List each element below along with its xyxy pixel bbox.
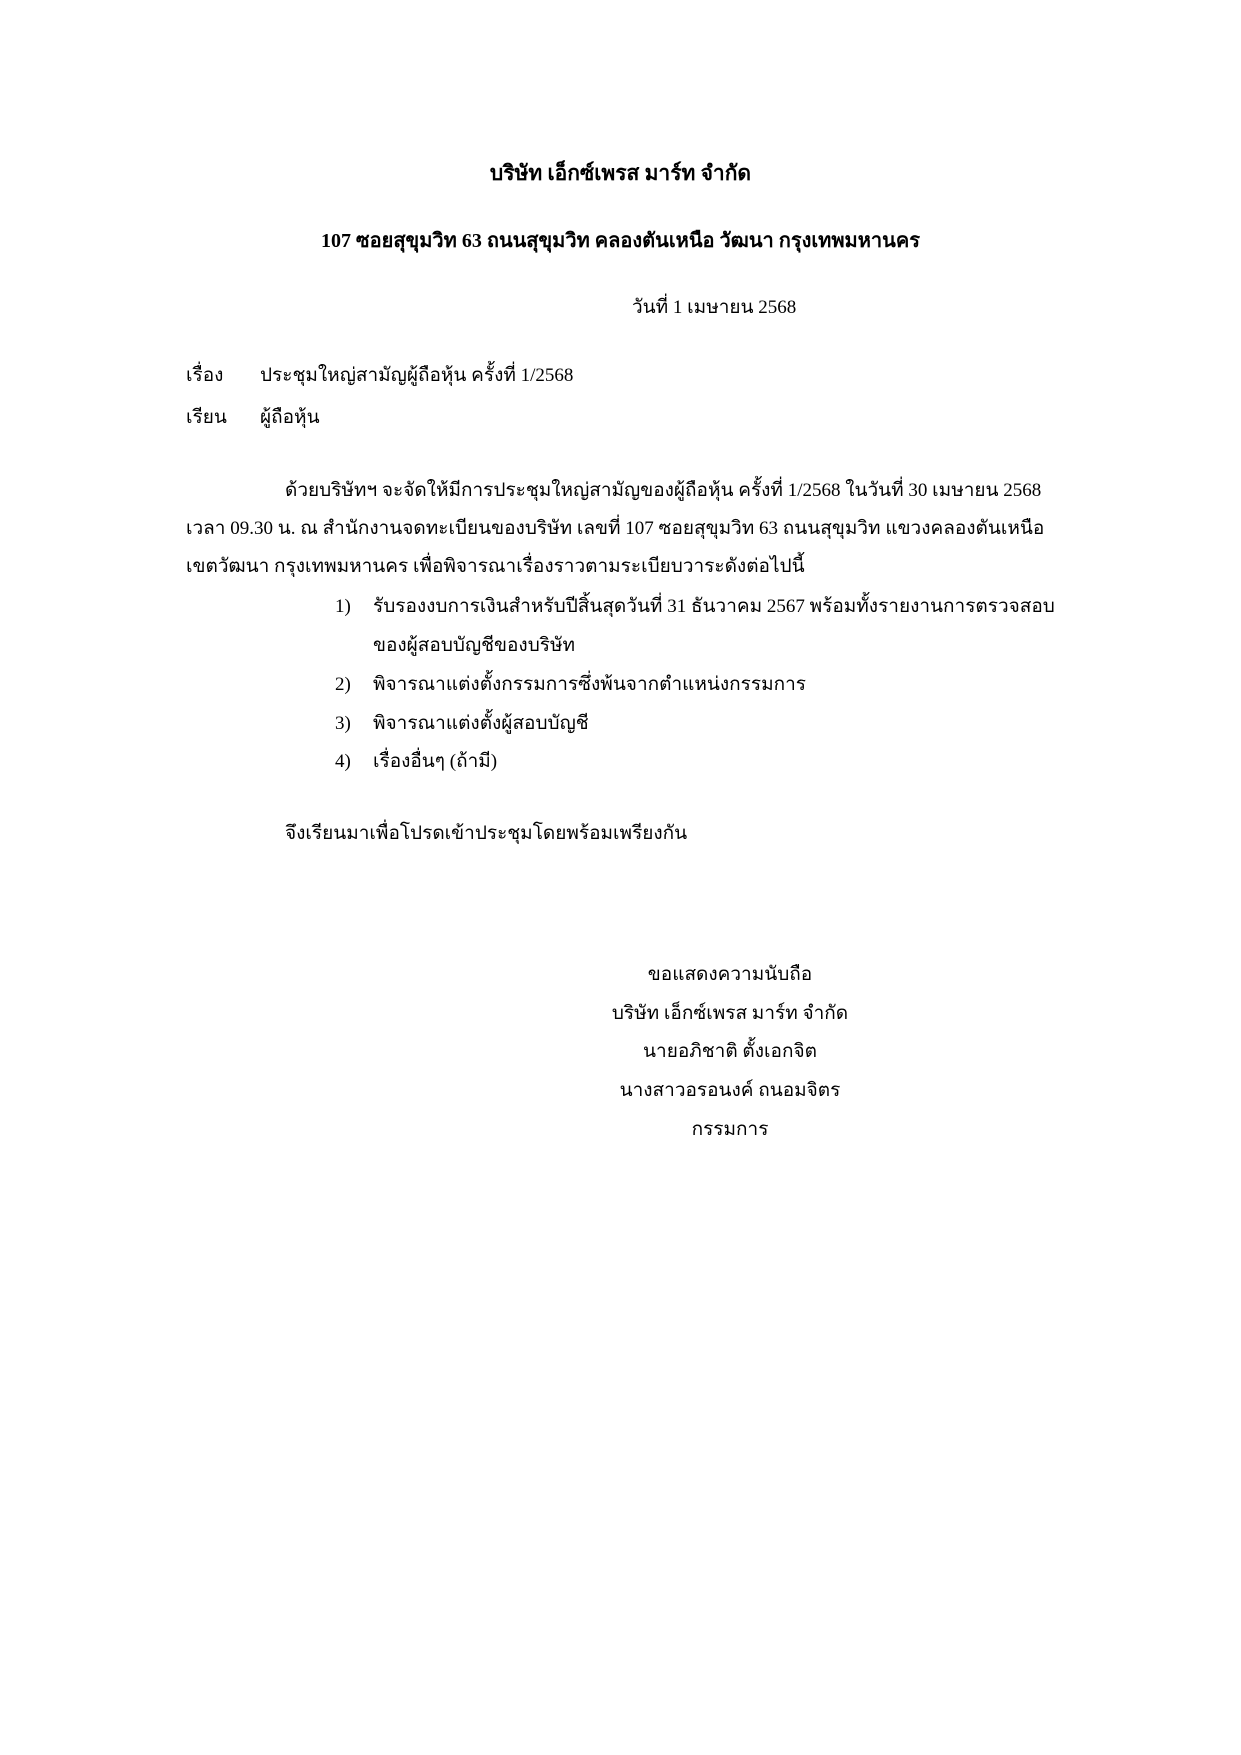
- recipient-value: ผู้ถือหุ้น: [260, 405, 320, 431]
- agenda-item-text: พิจารณาแต่งตั้งผู้สอบบัญชี: [373, 711, 589, 737]
- company-address: 107 ซอยสุขุมวิท 63 ถนนสุขุมวิท คลองตันเห…: [0, 228, 1241, 254]
- subject-label: เรื่อง: [186, 363, 223, 389]
- signatory-name: นางสาวอรอนงค์ ถนอมจิตร: [560, 1078, 900, 1104]
- body-paragraph-line: ด้วยบริษัทฯ จะจัดให้มีการประชุมใหญ่สามัญ…: [285, 478, 1041, 504]
- closing-text: จึงเรียนมาเพื่อโปรดเข้าประชุมโดยพร้อมเพร…: [285, 821, 687, 847]
- agenda-item-number: 3): [335, 711, 351, 737]
- agenda-item-number: 2): [335, 672, 351, 698]
- company-name: บริษัท เอ็กซ์เพรส มาร์ท จำกัด: [0, 160, 1241, 186]
- agenda-item-text: เรื่องอื่นๆ (ถ้ามี): [373, 749, 497, 775]
- agenda-item-text: รับรองงบการเงินสำหรับปีสิ้นสุดวันที่ 31 …: [373, 594, 1055, 620]
- agenda-item-text: พิจารณาแต่งตั้งกรรมการซึ่งพ้นจากตำแหน่งก…: [373, 672, 806, 698]
- agenda-item-number: 1): [335, 594, 351, 620]
- signature-regards: ขอแสดงความนับถือ: [560, 962, 900, 988]
- agenda-item-text-continuation: ของผู้สอบบัญชีของบริษัท: [373, 633, 575, 659]
- recipient-label: เรียน: [186, 405, 227, 431]
- signatory-name: นายอภิชาติ ตั้งเอกจิต: [560, 1039, 900, 1065]
- body-paragraph-line: เวลา 09.30 น. ณ สำนักงานจดทะเบียนของบริษ…: [186, 516, 1044, 542]
- subject-value: ประชุมใหญ่สามัญผู้ถือหุ้น ครั้งที่ 1/256…: [260, 363, 573, 389]
- signatory-title: กรรมการ: [560, 1117, 900, 1143]
- body-paragraph-line: เขตวัฒนา กรุงเทพมหานคร เพื่อพิจารณาเรื่อ…: [186, 554, 805, 580]
- letter-date: วันที่ 1 เมษายน 2568: [632, 295, 796, 321]
- agenda-item-number: 4): [335, 749, 351, 775]
- signature-company: บริษัท เอ็กซ์เพรส มาร์ท จำกัด: [560, 1001, 900, 1027]
